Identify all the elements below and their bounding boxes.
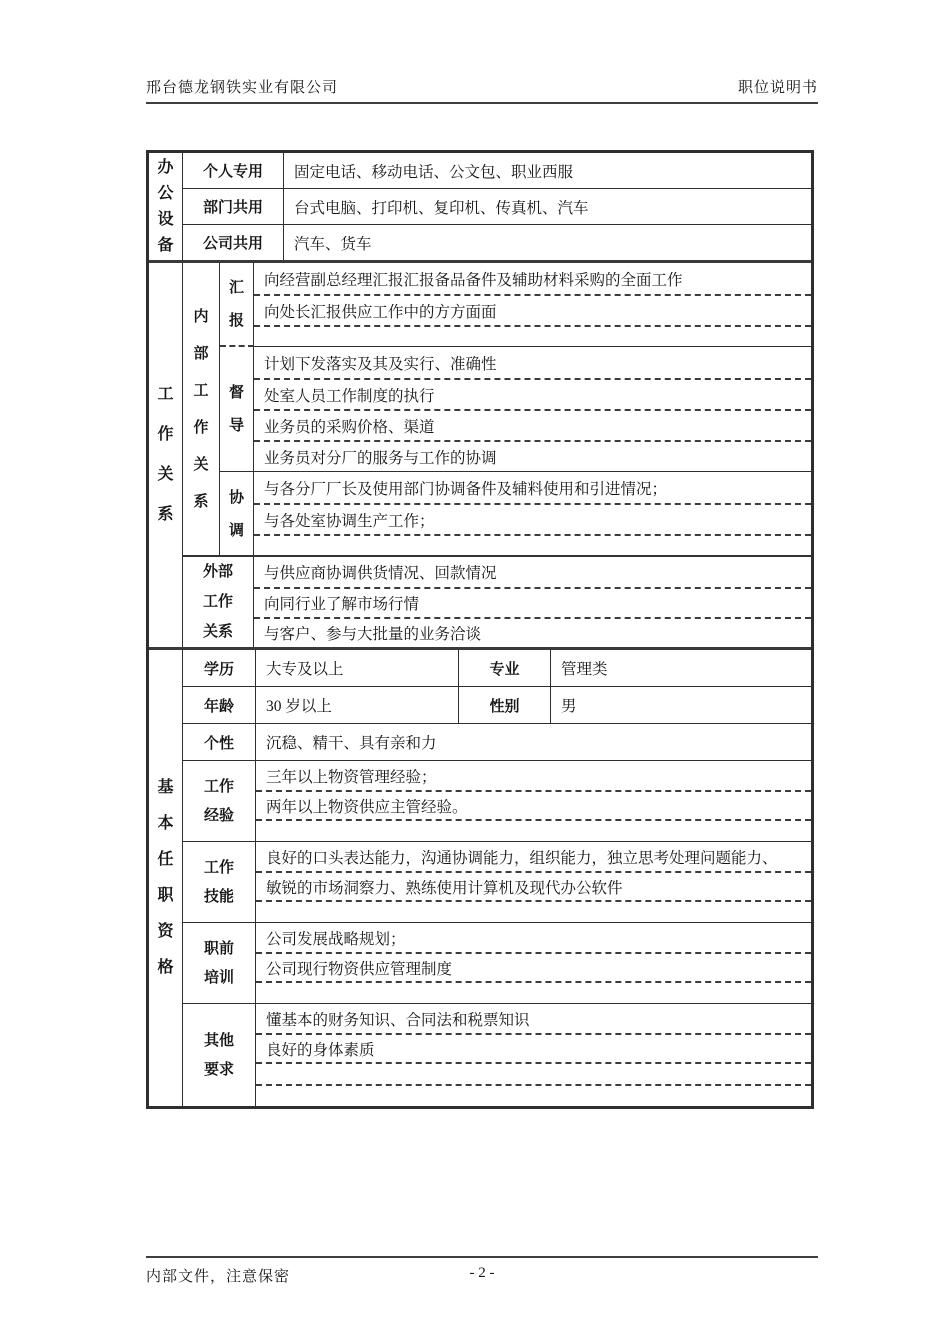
company-name: 邢台德龙钢铁实业有限公司 — [146, 76, 338, 97]
list-item: 与各处室协调生产工作； — [254, 503, 811, 534]
list-item: 与客户、参与大批量的业务洽谈 — [254, 617, 811, 647]
qualification-rows: 学历 大专及以上 专业 管理类 年龄 30 岁以上 性别 男 个性 沉稳、精干、… — [183, 650, 811, 1106]
skills-items: 良好的口头表达能力，沟通协调能力，组织能力，独立思考处理问题能力、 敏锐的市场洞… — [256, 842, 811, 922]
table-row: 部门共用 台式电脑、打印机、复印机、传真机、汽车 — [183, 188, 811, 224]
education-label: 学历 — [183, 650, 256, 686]
group-reporting: 汇报 向经营副总经理汇报汇报备品备件及辅助材料采购的全面工作 向处长汇报供应工作… — [220, 263, 811, 347]
row-other-requirements: 其他要求 懂基本的财务知识、合同法和税票知识 良好的身体素质 — [183, 1003, 811, 1106]
list-item: 两年以上物资供应主管经验。 — [256, 790, 811, 819]
list-item: 计划下发落实及其及实行、准确性 — [254, 347, 811, 378]
age-value: 30 岁以上 — [256, 687, 459, 723]
row-work-experience: 工作经验 三年以上物资管理经验； 两年以上物资供应主管经验。 — [183, 760, 811, 841]
group-items-reporting: 向经营副总经理汇报汇报备品备件及辅助材料采购的全面工作 向处长汇报供应工作中的方… — [254, 263, 811, 347]
row-value-company: 汽车、货车 — [284, 225, 811, 260]
table-row: 个人专用 固定电话、移动电话、公文包、职业西服 — [183, 153, 811, 188]
section-office-equipment: 办公设备 个人专用 固定电话、移动电话、公文包、职业西服 部门共用 台式电脑、打… — [149, 153, 811, 260]
doc-title: 职位说明书 — [738, 76, 818, 97]
training-label: 职前培训 — [183, 923, 256, 1003]
group-supervision: 督导 计划下发落实及其及实行、准确性 处室人员工作制度的执行 业务员的采购价格、… — [220, 347, 811, 472]
row-pre-job-training: 职前培训 公司发展战略规划； 公司现行物资供应管理制度 — [183, 922, 811, 1003]
skills-label: 工作技能 — [183, 842, 256, 922]
list-item: 与各分厂厂长及使用部门协调备件及辅料使用和引进情况； — [254, 472, 811, 503]
page-number: - 2 - — [146, 1265, 818, 1282]
office-equipment-rows: 个人专用 固定电话、移动电话、公文包、职业西服 部门共用 台式电脑、打印机、复印… — [183, 153, 811, 260]
list-item: 三年以上物资管理经验； — [256, 761, 811, 790]
gender-value: 男 — [551, 687, 811, 723]
section-title-office-equipment: 办公设备 — [149, 153, 183, 260]
group-label-coordination: 协调 — [220, 472, 254, 555]
section-qualifications: 基本任职资格 学历 大专及以上 专业 管理类 年龄 30 岁以上 性别 男 个性 — [149, 647, 811, 1106]
list-item-empty — [254, 534, 811, 555]
list-item: 懂基本的财务知识、合同法和税票知识 — [256, 1004, 811, 1033]
list-item: 公司发展战略规划； — [256, 923, 811, 952]
row-age-gender: 年龄 30 岁以上 性别 男 — [183, 686, 811, 723]
list-item: 良好的身体素质 — [256, 1033, 811, 1062]
list-item-empty — [254, 325, 811, 346]
document-page: 邢台德龙钢铁实业有限公司 职位说明书 办公设备 个人专用 固定电话、移动电话、公… — [0, 0, 950, 1344]
section-title-work-relations: 工作关系 — [149, 263, 183, 647]
education-value: 大专及以上 — [256, 650, 459, 686]
list-item-empty — [256, 900, 811, 922]
list-item: 公司现行物资供应管理制度 — [256, 952, 811, 981]
row-label-company: 公司共用 — [183, 225, 284, 260]
list-item: 与供应商协调供货情况、回款情况 — [254, 557, 811, 587]
internal-relation-groups: 汇报 向经营副总经理汇报汇报备品备件及辅助材料采购的全面工作 向处长汇报供应工作… — [220, 263, 811, 555]
row-value-department: 台式电脑、打印机、复印机、传真机、汽车 — [284, 189, 811, 224]
external-relations-title: 外部工作关系 — [183, 557, 254, 647]
list-item: 向同行业了解市场行情 — [254, 587, 811, 617]
row-work-skills: 工作技能 良好的口头表达能力，沟通协调能力，组织能力，独立思考处理问题能力、 敏… — [183, 841, 811, 922]
list-item: 良好的口头表达能力，沟通协调能力，组织能力，独立思考处理问题能力、 — [256, 842, 811, 871]
list-item-empty — [256, 819, 811, 841]
list-item: 业务员的采购价格、渠道 — [254, 409, 811, 440]
group-items-coordination: 与各分厂厂长及使用部门协调备件及辅料使用和引进情况； 与各处室协调生产工作； — [254, 472, 811, 555]
row-education-major: 学历 大专及以上 专业 管理类 — [183, 650, 811, 686]
external-relation-items: 与供应商协调供货情况、回款情况 向同行业了解市场行情 与客户、参与大批量的业务洽… — [254, 557, 811, 647]
row-label-personal: 个人专用 — [183, 153, 284, 188]
major-value: 管理类 — [551, 650, 811, 686]
external-relations-block: 外部工作关系 与供应商协调供货情况、回款情况 向同行业了解市场行情 与客户、参与… — [183, 555, 811, 647]
list-item-empty — [256, 1062, 811, 1084]
experience-label: 工作经验 — [183, 761, 256, 841]
personality-value: 沉稳、精干、具有亲和力 — [256, 724, 811, 760]
personality-label: 个性 — [183, 724, 256, 760]
internal-relations-title: 内部工作关系 — [183, 263, 220, 555]
row-value-personal: 固定电话、移动电话、公文包、职业西服 — [284, 153, 811, 188]
other-items: 懂基本的财务知识、合同法和税票知识 良好的身体素质 — [256, 1004, 811, 1106]
list-item: 业务员对分厂的服务与工作的协调 — [254, 440, 811, 471]
training-items: 公司发展战略规划； 公司现行物资供应管理制度 — [256, 923, 811, 1003]
job-description-table: 办公设备 个人专用 固定电话、移动电话、公文包、职业西服 部门共用 台式电脑、打… — [146, 150, 814, 1109]
list-item: 处室人员工作制度的执行 — [254, 378, 811, 409]
age-label: 年龄 — [183, 687, 256, 723]
gender-label: 性别 — [459, 687, 551, 723]
page-header: 邢台德龙钢铁实业有限公司 职位说明书 — [146, 76, 818, 104]
list-item: 敏锐的市场洞察力、熟练使用计算机及现代办公软件 — [256, 871, 811, 900]
list-item: 向经营副总经理汇报汇报备品备件及辅助材料采购的全面工作 — [254, 263, 811, 294]
major-label: 专业 — [459, 650, 551, 686]
work-relations-body: 内部工作关系 汇报 向经营副总经理汇报汇报备品备件及辅助材料采购的全面工作 向处… — [183, 263, 811, 647]
section-title-qualifications: 基本任职资格 — [149, 650, 183, 1106]
group-items-supervision: 计划下发落实及其及实行、准确性 处室人员工作制度的执行 业务员的采购价格、渠道 … — [254, 347, 811, 472]
list-item-empty — [256, 981, 811, 1003]
other-label: 其他要求 — [183, 1004, 256, 1106]
list-item: 向处长汇报供应工作中的方方面面 — [254, 294, 811, 325]
group-label-supervision: 督导 — [220, 347, 254, 472]
list-item-empty — [256, 1084, 811, 1106]
page-footer: 内部文件，注意保密 - 2 - — [146, 1256, 818, 1286]
group-label-reporting: 汇报 — [220, 263, 254, 347]
row-personality: 个性 沉稳、精干、具有亲和力 — [183, 723, 811, 760]
table-row: 公司共用 汽车、货车 — [183, 224, 811, 260]
experience-items: 三年以上物资管理经验； 两年以上物资供应主管经验。 — [256, 761, 811, 841]
section-work-relations: 工作关系 内部工作关系 汇报 向经营副总经理汇报汇报备品备件及辅助材料采购的全面 — [149, 260, 811, 647]
internal-relations-block: 内部工作关系 汇报 向经营副总经理汇报汇报备品备件及辅助材料采购的全面工作 向处… — [183, 263, 811, 555]
row-label-department: 部门共用 — [183, 189, 284, 224]
group-coordination: 协调 与各分厂厂长及使用部门协调备件及辅料使用和引进情况； 与各处室协调生产工作… — [220, 472, 811, 555]
